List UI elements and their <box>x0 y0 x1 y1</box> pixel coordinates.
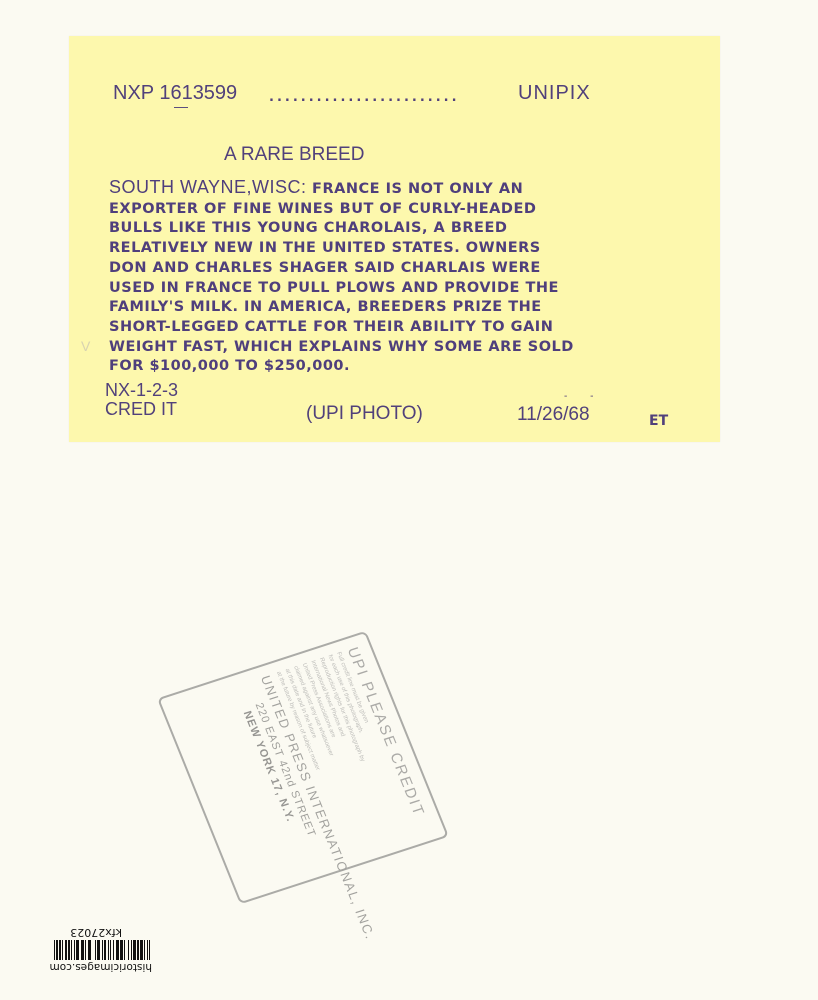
caption-line: DON AND CHARLES SHAGER SAID CHARLAIS WER… <box>109 259 709 279</box>
caption-line: WEIGHT FAST, WHICH EXPLAINS WHY SOME ARE… <box>109 338 709 358</box>
caption-line: EXPORTER OF FINE WINES BUT OF CURLY-HEAD… <box>109 200 709 220</box>
headline: A RARE BREED <box>224 144 364 166</box>
caption-date: 11/26/68 <box>517 404 590 426</box>
credit-stamp: UPI PLEASE CREDIT Full credit line must … <box>157 631 449 905</box>
caption-line: RELATIVELY NEW IN THE UNITED STATES. OWN… <box>109 239 709 259</box>
caption-sheet: — NXP 1613599 ........................ U… <box>69 36 720 442</box>
caption-line: FAMILY'S MILK. IN AMERICA, BREEDERS PRIZ… <box>109 298 709 318</box>
credit-label: CRED IT <box>105 399 177 420</box>
time-zone: ET <box>649 413 668 429</box>
date-ticks: - - <box>564 391 603 402</box>
faint-mark: V <box>81 338 90 354</box>
caption-line: SHORT-LEGGED CATTLE FOR THEIR ABILITY TO… <box>109 318 709 338</box>
barcode-site: historicimages.com <box>49 961 152 973</box>
barcode-icon <box>38 940 150 960</box>
caption-line: FOR $100,000 TO $250,000. <box>109 357 709 377</box>
caption-body: SOUTH WAYNE,WISC: FRANCE IS NOT ONLY AN … <box>109 178 709 377</box>
leader-dots: ........................ <box>269 90 460 105</box>
inventory-barcode-label: historicimages.com kfx27023 <box>32 925 152 973</box>
job-code: NX-1-2-3 <box>105 380 178 401</box>
photo-source: UNIPIX <box>518 82 591 105</box>
caption-line: BULLS LIKE THIS YOUNG CHAROLAIS, A BREED <box>109 219 709 239</box>
photo-slug-id: NXP 1613599 <box>113 82 237 105</box>
caption-line: USED IN FRANCE TO PULL PLOWS AND PROVIDE… <box>109 279 709 299</box>
caption-line: SOUTH WAYNE,WISC: FRANCE IS NOT ONLY AN <box>109 178 709 200</box>
barcode-code: kfx27023 <box>70 926 122 939</box>
agency-credit: (UPI PHOTO) <box>306 403 423 425</box>
